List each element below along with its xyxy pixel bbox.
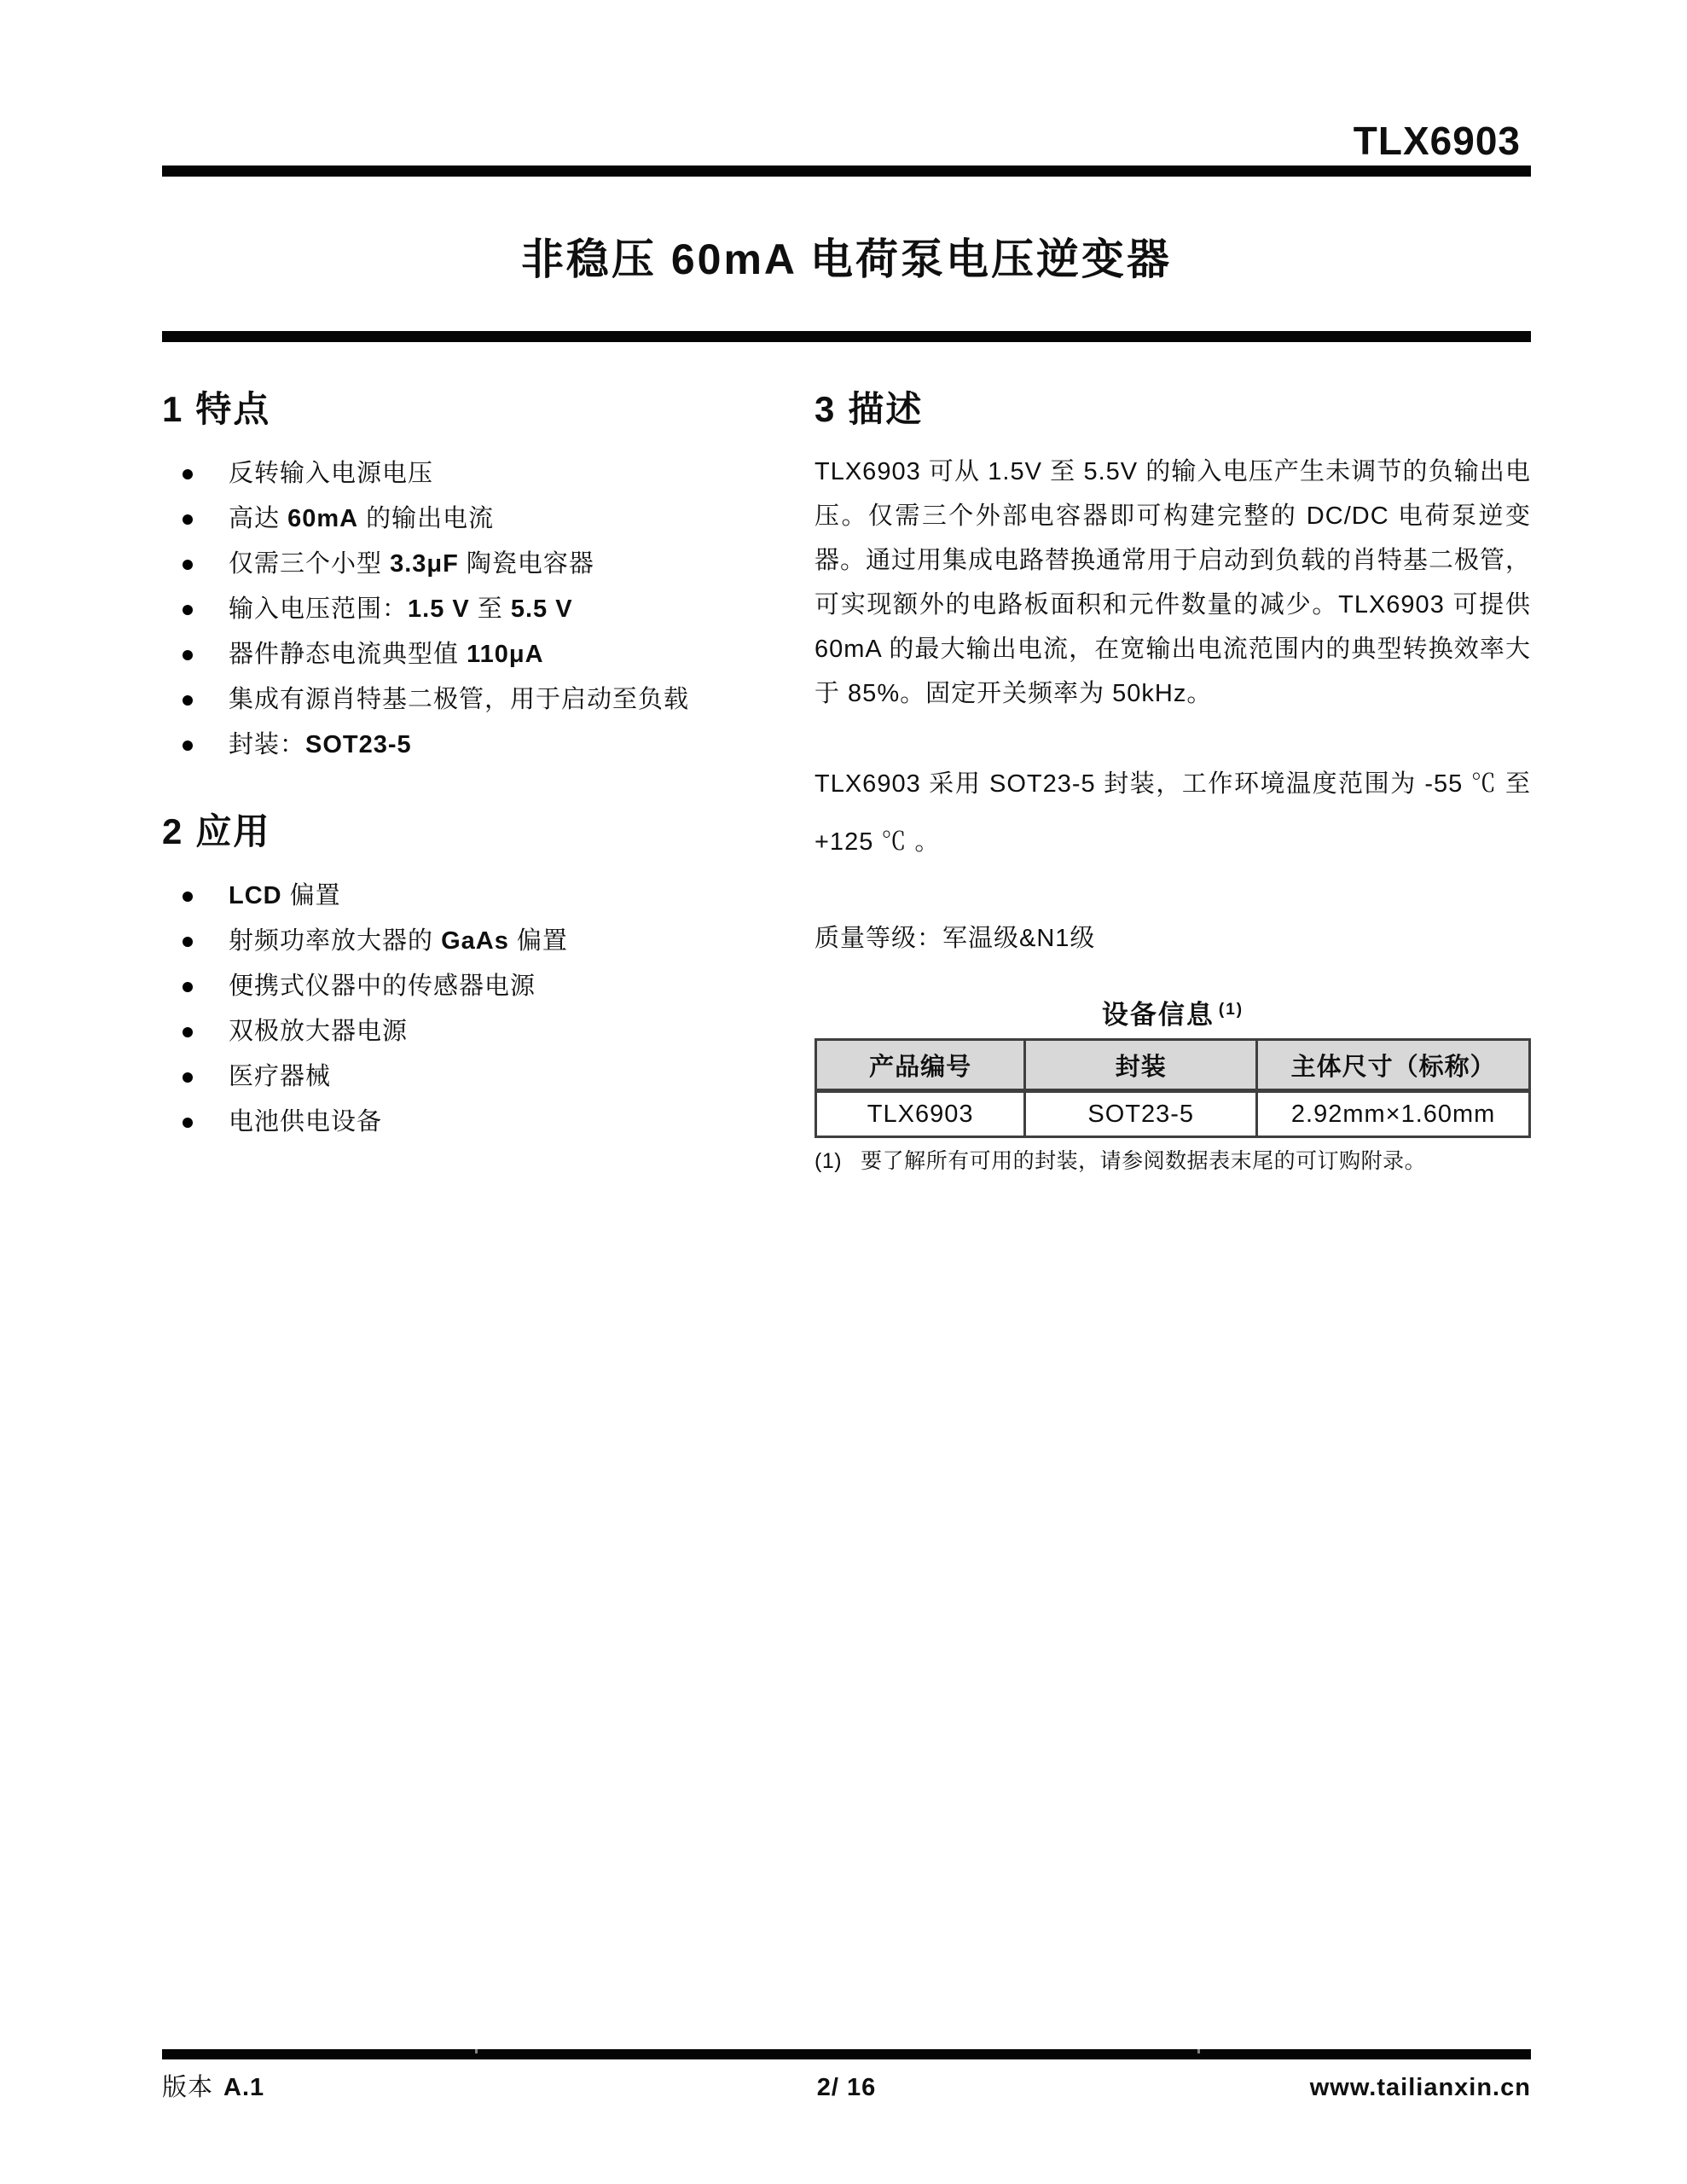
feature-item: 器件静态电流典型值 110μA <box>162 632 819 677</box>
application-item: 医疗器械 <box>162 1054 819 1100</box>
section-description-heading: 3描述 <box>815 388 1531 431</box>
feature-item: 封装：SOT23-5 <box>162 723 819 768</box>
applications-list: LCD 偏置 射频功率放大器的 GaAs 偏置 便携式仪器中的传感器电源 双极放… <box>162 874 819 1145</box>
version-value: A.1 <box>223 2074 264 2101</box>
cell-package: SOT23-5 <box>1025 1091 1257 1137</box>
section-applications-heading: 2应用 <box>162 810 819 853</box>
feature-item-text: 器件静态电流典型值 110μA <box>229 632 544 677</box>
bullet-icon <box>183 514 193 525</box>
bullet-icon <box>183 1118 193 1128</box>
bullet-icon <box>183 892 193 902</box>
left-column: 1特点 反转输入电源电压 高达 60mA 的输出电流 仅需三个小型 3.3μF … <box>162 388 819 1145</box>
application-item: 便携式仪器中的传感器电源 <box>162 964 819 1009</box>
description-paragraph-1: TLX6903 可从 1.5V 至 5.5V 的输入电压产生未调节的负输出电压。… <box>815 450 1531 716</box>
application-item-text: 便携式仪器中的传感器电源 <box>229 964 536 1009</box>
device-info-table: 产品编号 封装 主体尺寸（标称） TLX6903 SOT23-5 2.92mm×… <box>815 1038 1531 1138</box>
footnote-reference: (1) <box>1219 1001 1244 1019</box>
feature-item: 高达 60mA 的输出电流 <box>162 497 819 542</box>
footer: 版本A.1 2/ 16 www.tailianxin.cn <box>162 2068 1531 2103</box>
application-item-text: 医疗器械 <box>229 1054 331 1100</box>
bullet-icon <box>183 605 193 615</box>
features-list: 反转输入电源电压 高达 60mA 的输出电流 仅需三个小型 3.3μF 陶瓷电容… <box>162 451 819 768</box>
feature-item-text: 封装：SOT23-5 <box>229 723 412 768</box>
application-item-text: LCD 偏置 <box>229 874 341 919</box>
table-header-row: 产品编号 封装 主体尺寸（标称） <box>816 1040 1530 1091</box>
feature-item-text: 集成有源肖特基二极管，用于启动至负载 <box>229 677 689 723</box>
bullet-icon <box>183 741 193 751</box>
section-number: 2 <box>162 811 182 851</box>
feature-item: 集成有源肖特基二极管，用于启动至负载 <box>162 677 819 723</box>
application-item: 电池供电设备 <box>162 1100 819 1145</box>
footer-rule <box>162 2049 1531 2059</box>
feature-item-text: 高达 60mA 的输出电流 <box>229 497 494 542</box>
application-item-text: 双极放大器电源 <box>229 1009 408 1054</box>
title-rule <box>162 331 1531 342</box>
bullet-icon <box>183 1027 193 1037</box>
cell-part-number: TLX6903 <box>816 1091 1025 1137</box>
feature-item-text: 仅需三个小型 3.3μF 陶瓷电容器 <box>229 542 594 587</box>
application-item: 射频功率放大器的 GaAs 偏置 <box>162 919 819 964</box>
feature-item: 仅需三个小型 3.3μF 陶瓷电容器 <box>162 542 819 587</box>
section-features-heading: 1特点 <box>162 388 819 431</box>
footer-website: www.tailianxin.cn <box>1079 2074 1531 2102</box>
column-header-part-number: 产品编号 <box>816 1040 1025 1091</box>
page-title: 非稳压 60mA 电荷泵电压逆变器 <box>162 225 1531 287</box>
feature-item-text: 输入电压范围：1.5 V 至 5.5 V <box>229 587 573 632</box>
section-title: 描述 <box>848 389 923 429</box>
section-number: 1 <box>162 389 182 429</box>
feature-item: 输入电压范围：1.5 V 至 5.5 V <box>162 587 819 632</box>
bullet-icon <box>183 1072 193 1083</box>
bullet-icon <box>183 560 193 570</box>
cell-body-size: 2.92mm×1.60mm <box>1257 1091 1530 1137</box>
table-footnote: (1) 要了解所有可用的封装，请参阅数据表末尾的可订购附录。 <box>815 1147 1531 1176</box>
bullet-icon <box>183 695 193 706</box>
footnote-text: 要了解所有可用的封装，请参阅数据表末尾的可订购附录。 <box>861 1147 1426 1176</box>
version-label: 版本 <box>162 2074 213 2101</box>
column-header-package: 封装 <box>1025 1040 1257 1091</box>
bullet-icon <box>183 937 193 947</box>
datasheet-page: TLX6903 非稳压 60mA 电荷泵电压逆变器 1特点 反转输入电源电压 高… <box>0 0 1687 2184</box>
bullet-icon <box>183 469 193 479</box>
section-number: 3 <box>815 389 834 429</box>
application-item-text: 电池供电设备 <box>229 1100 382 1145</box>
right-column: 3描述 TLX6903 可从 1.5V 至 5.5V 的输入电压产生未调节的负输… <box>815 388 1531 1176</box>
footnote-marker: (1) <box>815 1147 842 1176</box>
section-title: 特点 <box>195 389 270 429</box>
application-item: 双极放大器电源 <box>162 1009 819 1054</box>
footer-page-number: 2/ 16 <box>614 2074 1080 2102</box>
table-row: TLX6903 SOT23-5 2.92mm×1.60mm <box>816 1091 1530 1137</box>
bullet-icon <box>183 650 193 660</box>
feature-item-text: 反转输入电源电压 <box>229 451 433 497</box>
product-part-number: TLX6903 <box>1354 118 1521 164</box>
feature-item: 反转输入电源电压 <box>162 451 819 497</box>
device-info-title-text: 设备信息 <box>1102 1000 1215 1030</box>
description-paragraph-2: TLX6903 采用 SOT23-5 封装，工作环境温度范围为 -55 ℃ 至 … <box>815 755 1531 871</box>
header-rule <box>162 166 1531 177</box>
quality-grade-line: 质量等级：军温级&N1级 <box>815 919 1531 954</box>
application-item-text: 射频功率放大器的 GaAs 偏置 <box>229 919 568 964</box>
bullet-icon <box>183 982 193 992</box>
application-item: LCD 偏置 <box>162 874 819 919</box>
footer-version: 版本A.1 <box>162 2068 614 2103</box>
column-header-body-size: 主体尺寸（标称） <box>1257 1040 1530 1091</box>
section-title: 应用 <box>195 811 270 851</box>
device-info-title: 设备信息(1) <box>815 993 1531 1031</box>
